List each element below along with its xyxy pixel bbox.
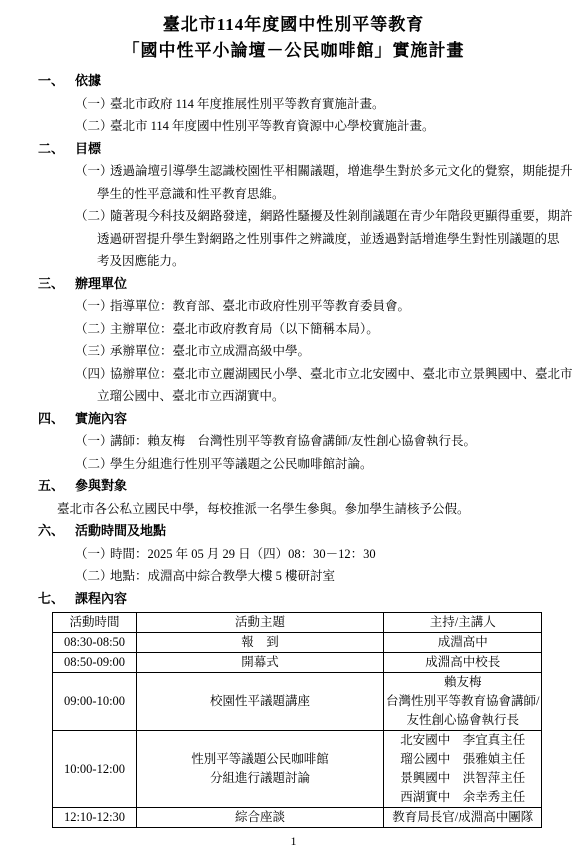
text-line: 報 到 [139, 633, 381, 652]
text-line: 指導單位：教育部、臺北市政府性別平等教育委員會。 [110, 295, 572, 318]
cell-time: 10:00-12:00 [53, 731, 137, 808]
text-line: 臺北市 114 年度國中性別平等教育資源中心學校實施計畫。 [110, 115, 572, 138]
section-heading-row: 五、 參與對象 [38, 475, 572, 498]
header-cell-speaker: 主持/主講人 [384, 613, 542, 633]
text-line: 開幕式 [139, 653, 381, 672]
table-row: 10:00-12:00 性別平等議題公民咖啡館 分組進行議題討論 北安國中 李宜… [53, 731, 542, 808]
item-text: 學生分組進行性別平等議題之公民咖啡館討論。 [110, 453, 572, 476]
item-text: 臺北市政府 114 年度推展性別平等教育實施計畫。 [110, 93, 572, 116]
list-item: （一） 透過論壇引導學生認識校園性平相關議題，增進學生對於多元文化的覺察，期能提… [75, 160, 572, 205]
section-implementation: 四、 實施內容 （一） 講師：賴友梅 台灣性別平等教育協會講師/友性創心協會執行… [38, 408, 572, 476]
section-heading-row: 一、 依據 [38, 70, 572, 93]
header-cell-topic: 活動主題 [137, 613, 384, 633]
title-line-2: 「國中性平小論壇－公民咖啡館」實施計畫 [15, 38, 572, 64]
text-line: 主辦單位：臺北市政府教育局（以下簡稱本局）。 [110, 318, 572, 341]
text-line: 時間：2025 年 05 月 29 日（四）08：30－12：30 [110, 543, 572, 566]
section-title: 實施內容 [75, 408, 127, 431]
text-line: 隨著現今科技及網路發達，網路性騷擾及性剝削議題在青少年階段更顯得重要，期許 [110, 205, 573, 228]
cell-speaker: 成淵高中校長 [384, 653, 542, 673]
section-heading-row: 三、 辦理單位 [38, 273, 572, 296]
table-row: 09:00-10:00 校園性平議題講座 賴友梅 台灣性別平等教育協會講師/ 友… [53, 673, 542, 731]
list-item: （一） 指導單位：教育部、臺北市政府性別平等教育委員會。 [75, 295, 572, 318]
section-heading-row: 七、 課程內容 [38, 588, 572, 611]
section-time-place: 六、 活動時間及地點 （一） 時間：2025 年 05 月 29 日（四）08：… [38, 520, 572, 588]
text-line: 透過論壇引導學生認識校園性平相關議題，增進學生對於多元文化的覺察，期能提升 [110, 160, 573, 183]
text-line: 校園性平議題講座 [139, 692, 381, 711]
section-number: 五、 [38, 475, 75, 498]
item-text: 講師：賴友梅 台灣性別平等教育協會講師/友性創心協會執行長。 [110, 430, 572, 453]
text-line: 西湖實中 余幸秀主任 [386, 788, 539, 807]
item-label: （二） [75, 453, 110, 476]
text-line: 成淵高中校長 [386, 653, 539, 672]
text-line: 講師：賴友梅 台灣性別平等教育協會講師/友性創心協會執行長。 [110, 430, 572, 453]
participants-paragraph: 臺北市各公私立國民中學，每校推派一名學生參與。參加學生請核予公假。 [57, 498, 572, 521]
text-line: 地點：成淵高中綜合教學大樓 5 樓研討室 [110, 565, 572, 588]
text-line: 學生分組進行性別平等議題之公民咖啡館討論。 [110, 453, 572, 476]
table-row: 08:30-08:50 報 到 成淵高中 [53, 633, 542, 653]
cell-topic: 開幕式 [137, 653, 384, 673]
list-item: （四） 協辦單位：臺北市立麗湖國民小學、臺北市立北安國中、臺北市立景興國中、臺北… [75, 363, 572, 408]
text-line: 臺北市政府 114 年度推展性別平等教育實施計畫。 [110, 93, 572, 116]
section-number: 三、 [38, 273, 75, 296]
text-line: 承辦單位：臺北市立成淵高級中學。 [110, 340, 572, 363]
cell-time: 12:10-12:30 [53, 808, 137, 828]
section-number: 七、 [38, 588, 75, 611]
text-line: 立瑠公國中、臺北市立西湖實中。 [97, 385, 573, 408]
cell-time: 08:30-08:50 [53, 633, 137, 653]
section-goals: 二、 目標 （一） 透過論壇引導學生認識校園性平相關議題，增進學生對於多元文化的… [38, 138, 572, 273]
section-heading-row: 二、 目標 [38, 138, 572, 161]
item-label: （一） [75, 295, 110, 318]
cell-speaker: 成淵高中 [384, 633, 542, 653]
list-item: （二） 地點：成淵高中綜合教學大樓 5 樓研討室 [75, 565, 572, 588]
item-text: 地點：成淵高中綜合教學大樓 5 樓研討室 [110, 565, 572, 588]
section-title: 課程內容 [75, 588, 127, 611]
page-number: 1 [0, 834, 587, 849]
item-label: （二） [75, 115, 110, 138]
item-text: 時間：2025 年 05 月 29 日（四）08：30－12：30 [110, 543, 572, 566]
section-curriculum: 七、 課程內容 活動時間 活動主題 主持/主講人 08:30-08:50 報 到 [38, 588, 572, 829]
table-header-row: 活動時間 活動主題 主持/主講人 [53, 613, 542, 633]
item-text: 臺北市 114 年度國中性別平等教育資源中心學校實施計畫。 [110, 115, 572, 138]
text-line: 學生的性平意識和性平教育思維。 [97, 183, 573, 206]
item-label: （一） [75, 543, 110, 566]
item-label: （一） [75, 93, 110, 116]
table-row: 08:50-09:00 開幕式 成淵高中校長 [53, 653, 542, 673]
text-line: 性別平等議題公民咖啡館 [139, 750, 381, 769]
cell-speaker: 北安國中 李宜真主任 瑠公國中 張雅媜主任 景興國中 洪智萍主任 西湖實中 余幸… [384, 731, 542, 808]
text-line: 北安國中 李宜真主任 [386, 731, 539, 750]
item-text: 指導單位：教育部、臺北市政府性別平等教育委員會。 [110, 295, 572, 318]
item-text: 隨著現今科技及網路發達，網路性騷擾及性剝削議題在青少年階段更顯得重要，期許 透過… [110, 205, 573, 273]
section-organizers: 三、 辦理單位 （一） 指導單位：教育部、臺北市政府性別平等教育委員會。 （二）… [38, 273, 572, 408]
title-line-1: 臺北市114年度國中性別平等教育 [15, 12, 572, 38]
header-cell-time: 活動時間 [53, 613, 137, 633]
document-title: 臺北市114年度國中性別平等教育 「國中性平小論壇－公民咖啡館」實施計畫 [15, 12, 572, 64]
item-text: 協辦單位：臺北市立麗湖國民小學、臺北市立北安國中、臺北市立景興國中、臺北市 立瑠… [110, 363, 573, 408]
section-title: 活動時間及地點 [75, 520, 166, 543]
cell-speaker: 教育局長官/成淵高中團隊 [384, 808, 542, 828]
cell-topic: 綜合座談 [137, 808, 384, 828]
schedule-table: 活動時間 活動主題 主持/主講人 08:30-08:50 報 到 成淵高中 08… [52, 612, 542, 828]
cell-time: 09:00-10:00 [53, 673, 137, 731]
text-line: 賴友梅 [386, 673, 539, 692]
text-line: 考及因應能力。 [97, 250, 573, 273]
section-heading-row: 四、 實施內容 [38, 408, 572, 431]
list-item: （三） 承辦單位：臺北市立成淵高級中學。 [75, 340, 572, 363]
text-line: 教育局長官/成淵高中團隊 [386, 808, 539, 827]
item-label: （一） [75, 430, 110, 453]
item-label: （二） [75, 565, 110, 588]
section-basis: 一、 依據 （一） 臺北市政府 114 年度推展性別平等教育實施計畫。 （二） … [38, 70, 572, 138]
list-item: （二） 隨著現今科技及網路發達，網路性騷擾及性剝削議題在青少年階段更顯得重要，期… [75, 205, 572, 273]
text-line: 瑠公國中 張雅媜主任 [386, 750, 539, 769]
list-item: （一） 時間：2025 年 05 月 29 日（四）08：30－12：30 [75, 543, 572, 566]
cell-topic: 校園性平議題講座 [137, 673, 384, 731]
item-text: 主辦單位：臺北市政府教育局（以下簡稱本局）。 [110, 318, 572, 341]
text-line: 台灣性別平等教育協會講師/ [386, 692, 539, 711]
item-label: （三） [75, 340, 110, 363]
list-item: （二） 主辦單位：臺北市政府教育局（以下簡稱本局）。 [75, 318, 572, 341]
cell-speaker: 賴友梅 台灣性別平等教育協會講師/ 友性創心協會執行長 [384, 673, 542, 731]
list-item: （一） 講師：賴友梅 台灣性別平等教育協會講師/友性創心協會執行長。 [75, 430, 572, 453]
section-title: 依據 [75, 70, 101, 93]
cell-time: 08:50-09:00 [53, 653, 137, 673]
cell-topic: 報 到 [137, 633, 384, 653]
section-title: 目標 [75, 138, 101, 161]
section-number: 一、 [38, 70, 75, 93]
text-line: 綜合座談 [139, 808, 381, 827]
text-line: 協辦單位：臺北市立麗湖國民小學、臺北市立北安國中、臺北市立景興國中、臺北市 [110, 363, 573, 386]
list-item: （二） 臺北市 114 年度國中性別平等教育資源中心學校實施計畫。 [75, 115, 572, 138]
section-participants: 五、 參與對象 臺北市各公私立國民中學，每校推派一名學生參與。參加學生請核予公假… [38, 475, 572, 520]
section-heading-row: 六、 活動時間及地點 [38, 520, 572, 543]
section-title: 參與對象 [75, 475, 127, 498]
cell-topic: 性別平等議題公民咖啡館 分組進行議題討論 [137, 731, 384, 808]
text-line: 分組進行議題討論 [139, 769, 381, 788]
text-line: 友性創心協會執行長 [386, 711, 539, 730]
document-page: 臺北市114年度國中性別平等教育 「國中性平小論壇－公民咖啡館」實施計畫 一、 … [0, 0, 587, 854]
text-line: 透過研習提升學生對網路之性別事件之辨識度，並透過對話增進學生對性別議題的思 [97, 228, 573, 251]
item-text: 透過論壇引導學生認識校園性平相關議題，增進學生對於多元文化的覺察，期能提升 學生… [110, 160, 573, 205]
text-line: 成淵高中 [386, 633, 539, 652]
text-line: 景興國中 洪智萍主任 [386, 769, 539, 788]
list-item: （二） 學生分組進行性別平等議題之公民咖啡館討論。 [75, 453, 572, 476]
item-label: （二） [75, 318, 110, 341]
section-number: 四、 [38, 408, 75, 431]
section-title: 辦理單位 [75, 273, 127, 296]
section-number: 六、 [38, 520, 75, 543]
table-row: 12:10-12:30 綜合座談 教育局長官/成淵高中團隊 [53, 808, 542, 828]
list-item: （一） 臺北市政府 114 年度推展性別平等教育實施計畫。 [75, 93, 572, 116]
section-number: 二、 [38, 138, 75, 161]
item-text: 承辦單位：臺北市立成淵高級中學。 [110, 340, 572, 363]
